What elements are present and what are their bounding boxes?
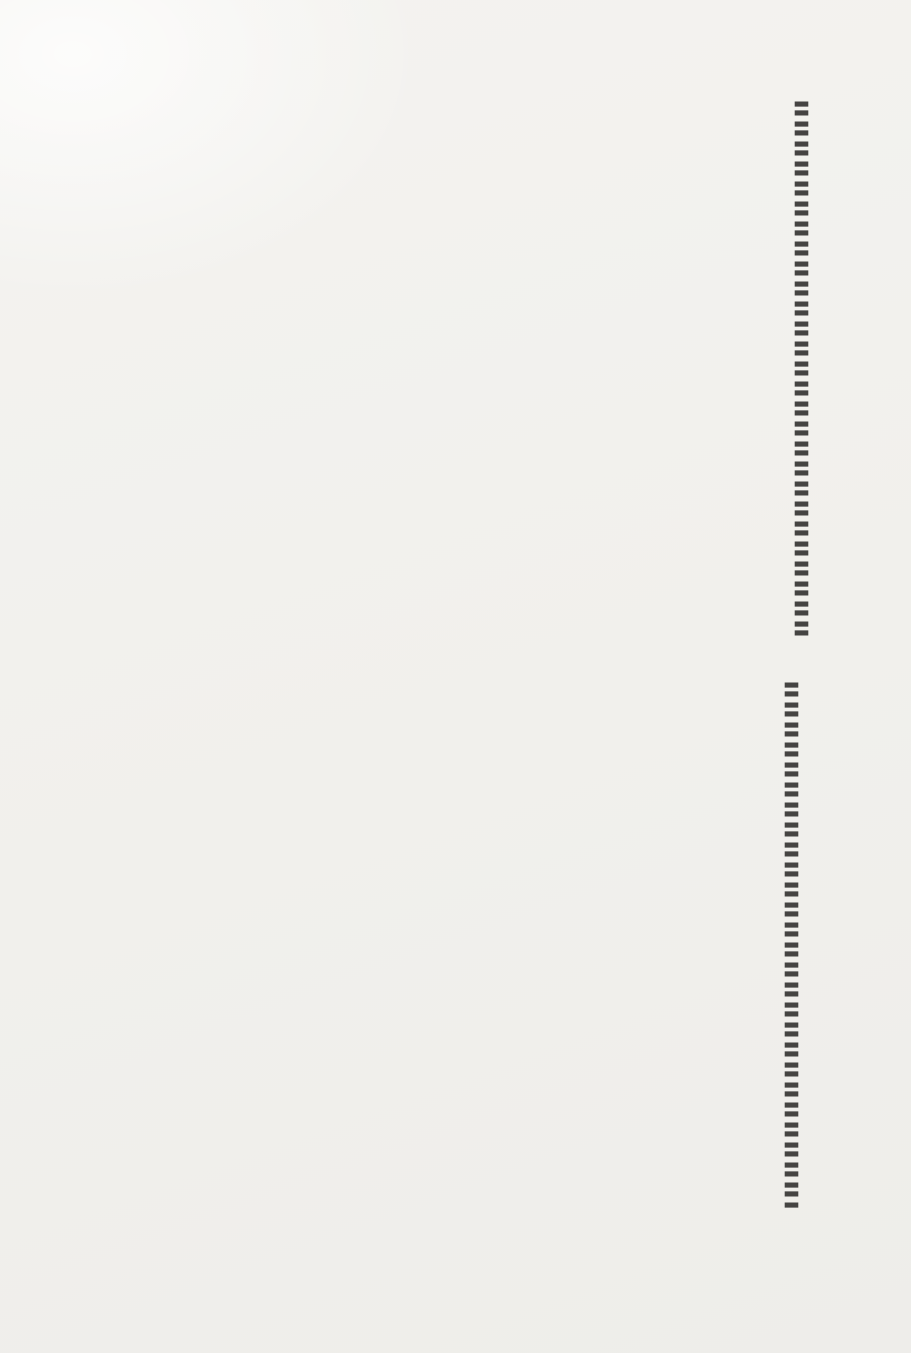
lower-text-block: 〓〓〓〓〓〓〓〓〓〓〓〓〓〓〓〓〓〓〓〓〓〓〓〓〓〓〓「〓〓〓〓〓〓」 〓〓〓〓… [108, 681, 802, 1209]
text-column-redacted: 〓〓〓〓〓〓〓〓〓〓〓〓〓〓〓〓〓〓〓〓〓〓〓〓〓〓〓〓〓 [94, 100, 812, 117]
text-column-redacted: 〓〓〓〓〓〓〓〓〓〓〓〓〓〓〓〓〓〓〓〓〓〓〓〓〓〓〓 [108, 681, 802, 698]
upper-text-block: 〓〓〓〓〓〓〓〓〓〓〓〓〓〓〓〓〓〓〓〓〓〓〓〓〓〓〓〓〓〓〓〓〓〓〓〓〓〓〓〓… [94, 100, 812, 637]
scanned-page: 〓〓〓〓〓〓〓〓〓〓〓〓〓〓〓〓〓〓〓〓〓〓〓〓〓〓〓〓〓〓〓〓〓〓〓〓〓〓〓〓… [0, 0, 911, 1353]
